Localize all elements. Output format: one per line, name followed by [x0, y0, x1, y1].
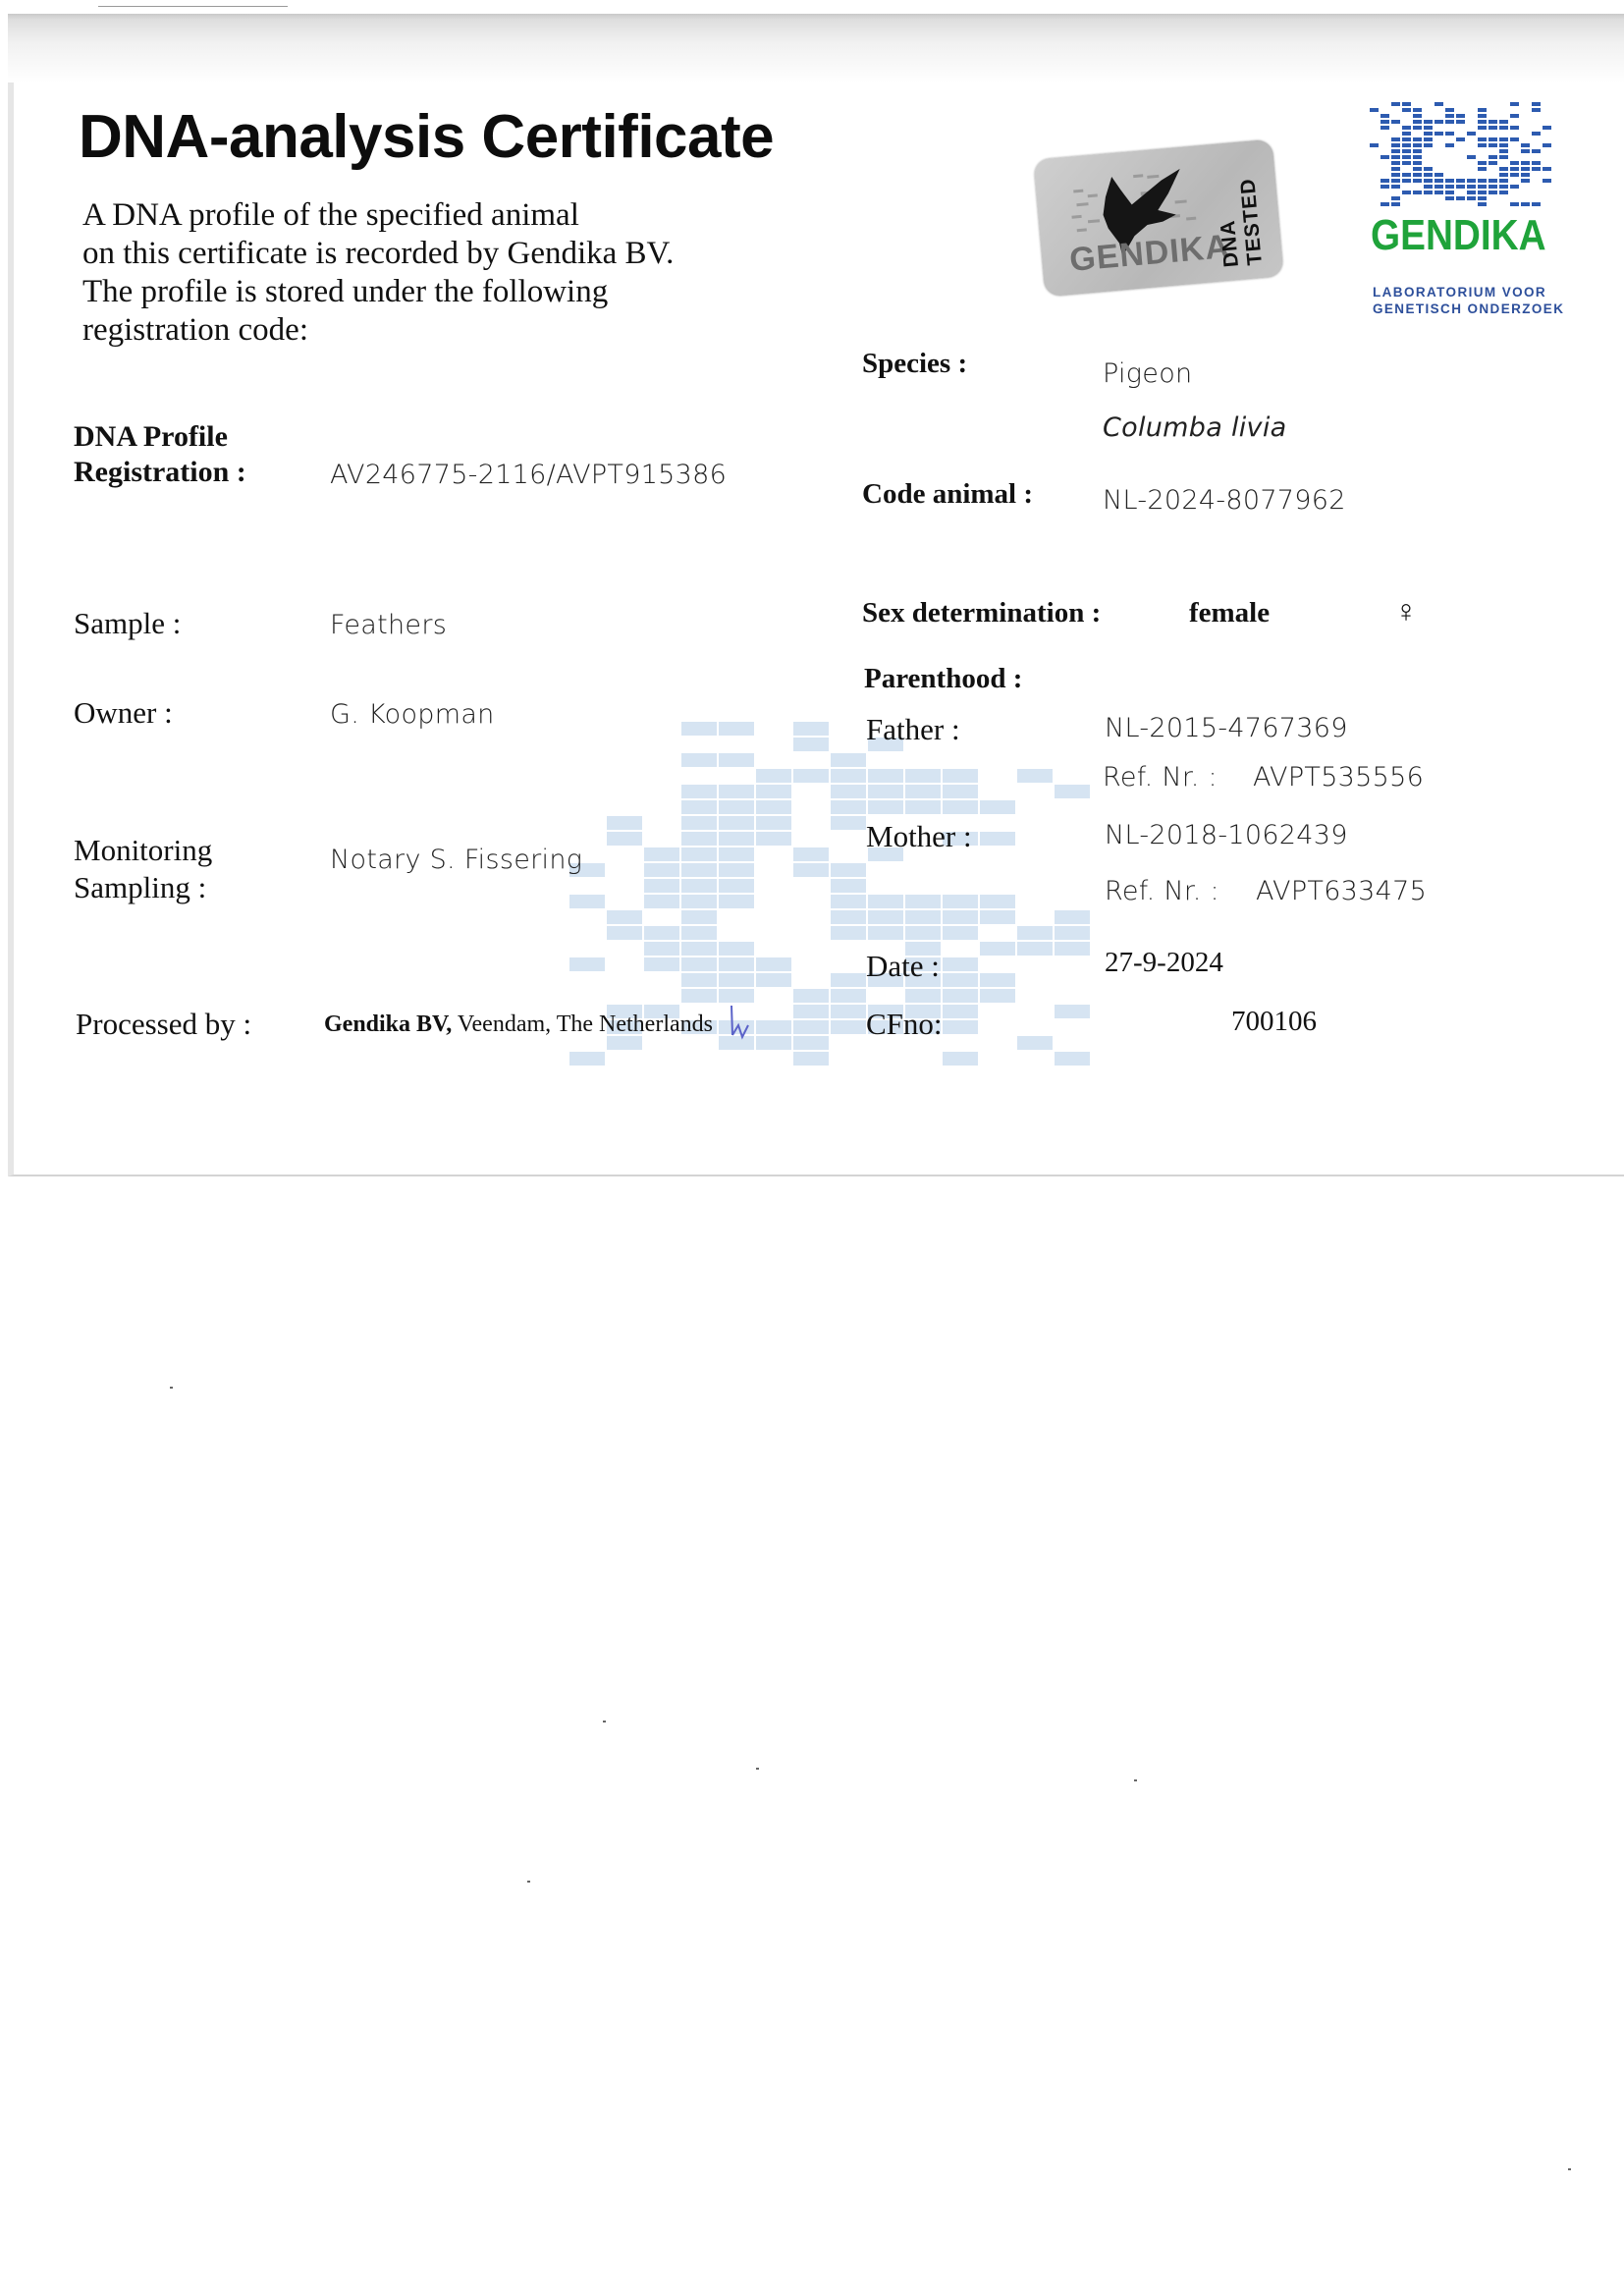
sampling-label: Sampling :: [74, 870, 206, 905]
father-ref-label: Ref. Nr. :: [1103, 762, 1218, 793]
owner-value: G. Koopman: [330, 699, 495, 730]
processed-location: Veendam, The Netherlands: [452, 1011, 713, 1037]
species-label: Species :: [862, 348, 967, 380]
scan-speck: [603, 1721, 606, 1722]
logo-subtitle: LABORATORIUM VOOR: [1373, 285, 1546, 300]
intro-line: The profile is stored under the followin…: [82, 273, 608, 311]
signature-mark-icon: [729, 1004, 752, 1041]
mother-value: NL-2018-1062439: [1105, 820, 1348, 850]
stamp-tag: DNA TESTED: [1213, 177, 1268, 268]
owner-label: Owner :: [74, 695, 173, 731]
registration-value: AV246775-2116/AVPT915386: [330, 460, 727, 490]
logo-name: GENDIKA: [1371, 211, 1546, 260]
monitoring-value: Notary S. Fissering: [330, 845, 582, 875]
processed-by-value: Gendika BV, Veendam, The Netherlands: [324, 1011, 713, 1038]
intro-line: A DNA profile of the specified animal: [82, 196, 579, 235]
scan-speck: [527, 1881, 530, 1883]
date-label: Date :: [866, 949, 940, 984]
scan-artifact-line: [273, 6, 288, 7]
sex-value: female: [1189, 597, 1270, 629]
mother-ref-value: AVPT633475: [1256, 876, 1427, 906]
code-animal-label: Code animal :: [862, 478, 1033, 511]
scan-speck: [1568, 2168, 1571, 2170]
code-animal-value: NL-2024-8077962: [1103, 485, 1346, 516]
dna-tested-stamp: GENDIKA DNA TESTED: [1033, 139, 1283, 298]
scan-artifact-line: [98, 6, 285, 7]
father-label: Father :: [866, 712, 960, 747]
scan-speck: [1134, 1779, 1137, 1781]
dna-profile-label: DNA Profile: [74, 420, 228, 454]
logo-subtitle: GENETISCH ONDERZOEK: [1373, 301, 1564, 316]
intro-line: registration code:: [82, 311, 308, 350]
intro-line: on this certificate is recorded by Gendi…: [82, 235, 674, 273]
father-value: NL-2015-4767369: [1105, 713, 1348, 743]
scan-speck: [756, 1768, 759, 1770]
sample-label: Sample :: [74, 606, 181, 641]
scan-speck: [170, 1387, 173, 1389]
mother-label: Mother :: [866, 819, 972, 854]
sample-value: Feathers: [330, 610, 447, 640]
parenthood-label: Parenthood :: [864, 663, 1022, 695]
female-symbol-icon: ♀: [1394, 593, 1418, 629]
page-title: DNA-analysis Certificate: [79, 102, 774, 172]
cfno-value: 700106: [1231, 1006, 1317, 1038]
sex-determination-label: Sex determination :: [862, 597, 1101, 629]
processed-company: Gendika BV,: [324, 1011, 452, 1037]
cfno-label: CFno:: [866, 1007, 943, 1042]
scan-shadow: [8, 14, 1624, 82]
date-value: 27-9-2024: [1105, 947, 1223, 979]
gendika-g-mosaic-icon: [1370, 102, 1556, 210]
species-latin-value: Columba livia: [1103, 412, 1286, 443]
species-common-value: Pigeon: [1103, 358, 1192, 389]
processed-by-label: Processed by :: [76, 1007, 251, 1042]
father-ref-value: AVPT535556: [1253, 762, 1424, 793]
mother-ref-label: Ref. Nr. :: [1105, 876, 1219, 906]
registration-label: Registration :: [74, 456, 246, 489]
monitoring-label: Monitoring: [74, 833, 212, 868]
